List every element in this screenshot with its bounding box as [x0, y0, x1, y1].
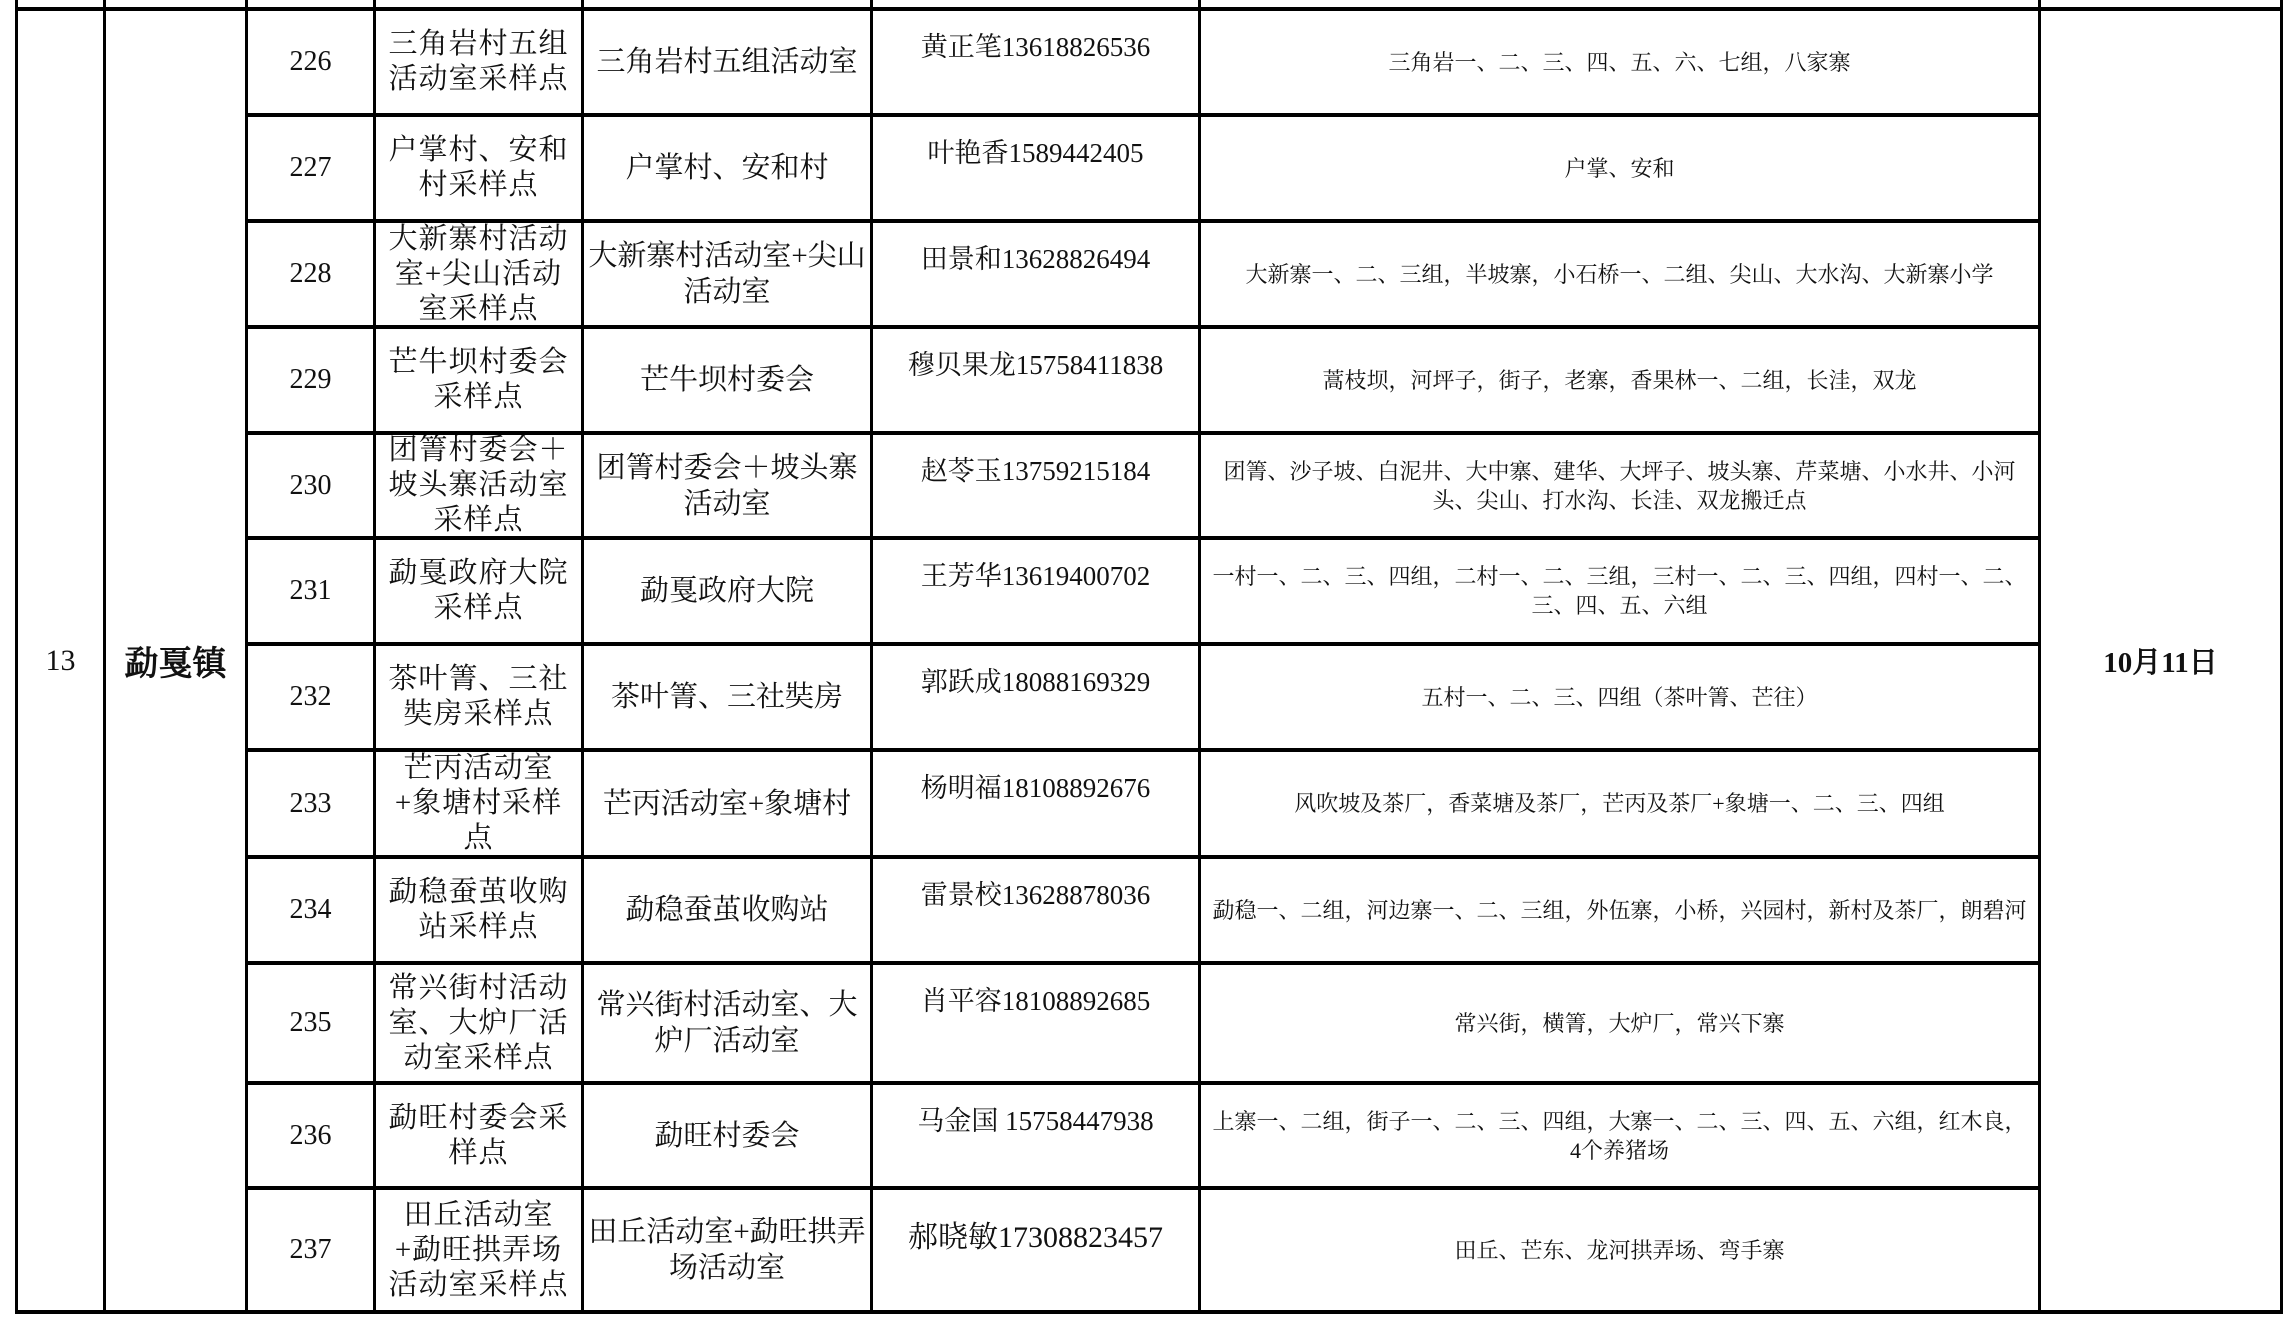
sampling-location: 团箐村委会＋坡头寨活动室: [584, 435, 870, 536]
coverage-area: 上寨一、二组，街子一、二、三、四组，大寨一、二、三、四、五、六组，红木良，4个养…: [1201, 1085, 2038, 1186]
contact-person-phone: 马金国 15758447938: [873, 1085, 1198, 1186]
contact-person-phone: 赵苓玉13759215184: [873, 435, 1198, 536]
site-number: 229: [248, 329, 373, 431]
sampling-site-name: 芒丙活动室+象塘村采样点: [376, 752, 581, 855]
site-number: 234: [248, 859, 373, 961]
site-number: 233: [248, 752, 373, 855]
site-number: 237: [248, 1190, 373, 1310]
contact-person-phone: 雷景校13628878036: [873, 859, 1198, 961]
contact-person-phone: 穆贝果龙15758411838: [873, 329, 1198, 431]
sampling-location: 勐戛政府大院: [584, 540, 870, 642]
contact-person-phone: 郭跃成18088169329: [873, 646, 1198, 748]
coverage-area: 勐稳一、二组，河边寨一、二、三组，外伍寨，小桥，兴园村，新村及茶厂，朗碧河: [1201, 859, 2038, 961]
grid-vline: [2280, 0, 2283, 1314]
sampling-site-name: 三角岩村五组活动室采样点: [376, 11, 581, 113]
coverage-area: 团箐、沙子坡、白泥井、大中寨、建华、大坪子、坡头寨、芹菜塘、小水井、小河头、尖山…: [1201, 435, 2038, 536]
sampling-site-name: 常兴街村活动室、大炉厂活动室采样点: [376, 965, 581, 1081]
contact-person-phone: 叶艳香1589442405: [873, 117, 1198, 219]
contact-person-phone: 王芳华13619400702: [873, 540, 1198, 642]
coverage-area: 五村一、二、三、四组（茶叶箐、芒往）: [1201, 646, 2038, 748]
town-name: 勐戛镇: [106, 11, 245, 1310]
contact-person-phone: 郝晓敏17308823457: [873, 1190, 1198, 1310]
coverage-area: 三角岩一、二、三、四、五、六、七组，八家寨: [1201, 11, 2038, 113]
coverage-area: 一村一、二、三、四组，二村一、二、三组，三村一、二、三、四组，四村一、二、三、四…: [1201, 540, 2038, 642]
sampling-date: 10月11日: [2041, 11, 2280, 1310]
site-number: 236: [248, 1085, 373, 1186]
site-number: 228: [248, 223, 373, 325]
site-number: 230: [248, 435, 373, 536]
site-number: 226: [248, 11, 373, 113]
contact-person-phone: 黄正笔13618826536: [873, 11, 1198, 113]
site-number: 232: [248, 646, 373, 748]
sampling-location: 三角岩村五组活动室: [584, 11, 870, 113]
site-number: 235: [248, 965, 373, 1081]
contact-person-phone: 肖平容18108892685: [873, 965, 1198, 1081]
coverage-area: 大新寨一、二、三组，半坡寨，小石桥一、二组、尖山、大水沟、大新寨小学: [1201, 223, 2038, 325]
sampling-location: 大新寨村活动室+尖山活动室: [584, 223, 870, 325]
coverage-area: 风吹坡及茶厂，香菜塘及茶厂，芒丙及茶厂+象塘一、二、三、四组: [1201, 752, 2038, 855]
sampling-location: 芒丙活动室+象塘村: [584, 752, 870, 855]
sampling-location: 勐稳蚕茧收购站: [584, 859, 870, 961]
sampling-site-name: 勐戛政府大院采样点: [376, 540, 581, 642]
sampling-location: 常兴街村活动室、大炉厂活动室: [584, 965, 870, 1081]
sampling-site-name: 户掌村、安和村采样点: [376, 117, 581, 219]
contact-person-phone: 田景和13628826494: [873, 223, 1198, 325]
coverage-area: 常兴街，横箐，大炉厂，常兴下寨: [1201, 965, 2038, 1081]
coverage-area: 田丘、芒东、龙河拱弄场、弯手寨: [1201, 1190, 2038, 1310]
sampling-location: 勐旺村委会: [584, 1085, 870, 1186]
sampling-site-name: 芒牛坝村委会采样点: [376, 329, 581, 431]
sampling-site-name: 团箐村委会＋坡头寨活动室采样点: [376, 435, 581, 536]
sampling-location: 户掌村、安和村: [584, 117, 870, 219]
sampling-site-name: 勐稳蚕茧收购站采样点: [376, 859, 581, 961]
sampling-site-name: 茶叶箐、三社奘房采样点: [376, 646, 581, 748]
site-number: 227: [248, 117, 373, 219]
sampling-location: 芒牛坝村委会: [584, 329, 870, 431]
sampling-site-name: 大新寨村活动室+尖山活动室采样点: [376, 223, 581, 325]
coverage-area: 户掌、安和: [1201, 117, 2038, 219]
coverage-area: 蒿枝坝，河坪子，街子，老寨，香果林一、二组，长洼，双龙: [1201, 329, 2038, 431]
sampling-site-name: 勐旺村委会采样点: [376, 1085, 581, 1186]
sampling-site-name: 田丘活动室+勐旺拱弄场活动室采样点: [376, 1190, 581, 1310]
sampling-location: 茶叶箐、三社奘房: [584, 646, 870, 748]
grid-hline: [15, 1310, 2283, 1314]
site-number: 231: [248, 540, 373, 642]
sampling-location: 田丘活动室+勐旺拱弄场活动室: [584, 1190, 870, 1310]
group-index: 13: [18, 11, 103, 1310]
contact-person-phone: 杨明福18108892676: [873, 752, 1198, 855]
